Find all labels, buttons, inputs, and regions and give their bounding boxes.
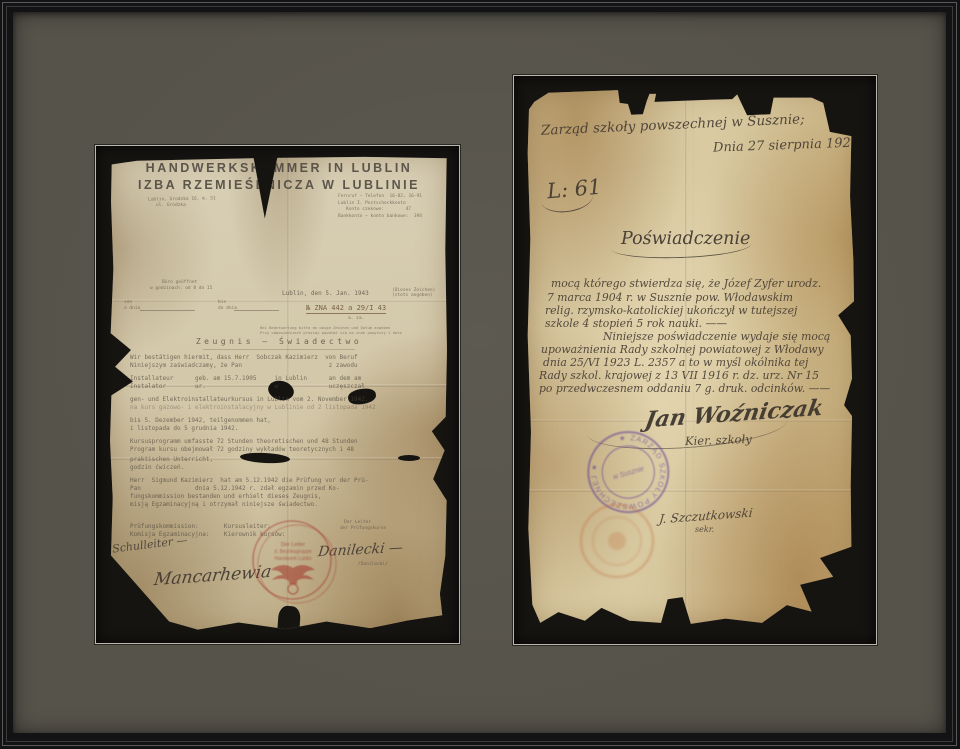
- body-line: Pan dnia 5.12.1942 r. zdał egzamin przed…: [130, 485, 376, 493]
- signature-dash: —: [122, 592, 135, 607]
- body-line: misją Egzaminacyjną i otrzymał niniejsze…: [130, 501, 376, 509]
- stamp-text: Der Leiter: [281, 542, 305, 548]
- body-line: i listopada do 5 grudnia 1942.: [130, 425, 376, 433]
- address-line: ul. Grodzka: [156, 203, 186, 209]
- body-line: Program kursu obejmował 72 godziny wykła…: [130, 446, 376, 454]
- horizontal-fold: [527, 489, 858, 492]
- body-line: na kurs gazowo- i elektroinstalacyjny w …: [130, 404, 376, 412]
- contact-line: Konto czekowe: 47: [346, 207, 411, 213]
- framed-documents-photo: HANDWERKSKAMMER IN LUBLIN IZBA RZEMIEŚLN…: [0, 0, 960, 749]
- left-doc-title-pl: IZBA RZEMIEŚLNICZA W LUBLINIE: [110, 178, 448, 192]
- school-header: Zarząd szkoły powszechnej w Susznie;: [541, 111, 805, 138]
- body-line: fungskommission bestanden und erhielt di…: [130, 493, 376, 501]
- body-line: bis 5. Dezember 1942, teilgenommen hat,: [130, 417, 376, 425]
- body-line: relig. rzymsko-katolickiej ukończył w tu…: [545, 304, 797, 317]
- faded-red-stamp: ·: [577, 501, 657, 586]
- heading-underline: ––––––––––––––––––––––––––––––––––––––––…: [110, 346, 448, 353]
- body-line: 7 marca 1904 r. w Susznie pow. Włodawski…: [547, 291, 793, 304]
- date-line: Dnia 27 sierpnia 1923.: [713, 135, 858, 155]
- stamp-text: d. Bezirksgruppe: [274, 549, 312, 555]
- body-line: po przedwczesnem oddaniu 7 g. druk. odci…: [539, 382, 830, 395]
- body-line: Herr Sigmund Kazimierz hat am 5.12.1942 …: [130, 477, 376, 485]
- eagle-icon: [271, 565, 315, 584]
- body-line: Installateur geb. am 15.7.1905 in Lublin…: [130, 375, 376, 383]
- right-mat-opening: Zarząd szkoły powszechnej w Susznie; Dni…: [513, 75, 877, 645]
- signature-right-typed: /Danilecki/: [358, 562, 388, 568]
- reply-note: Przy odpowiedziach prosimy powołać się n…: [260, 330, 402, 335]
- left-doc-title-de: HANDWERKSKAMMER IN LUBLIN: [110, 161, 448, 175]
- left-document: HANDWERKSKAMMER IN LUBLIN IZBA RZEMIEŚLN…: [110, 154, 448, 632]
- right-signer-title: der Prüfungskurse: [340, 526, 386, 532]
- stamp-center-text: ·: [616, 539, 618, 546]
- body-line: Instalator ur. w uczęszczał: [130, 383, 376, 391]
- body-line: godzin ćwiczeń.: [130, 464, 376, 472]
- office-hours: w godzinach: od 8 do 15: [150, 286, 212, 292]
- body-line: mocą którego stwierdza się, że Józef Zyf…: [551, 277, 821, 290]
- certificate-heading: Zeugnis – Świadectwo: [110, 337, 448, 346]
- right-document: Zarząd szkoły powszechnej w Susznie; Dni…: [527, 89, 858, 625]
- body-line: Niniejsze poświadczenie wydaje się mocą: [603, 330, 830, 343]
- body-line: upoważnienia Rady szkolnej powiatowej z …: [541, 343, 824, 356]
- paper-tear-slit: [398, 455, 420, 461]
- left-mat-opening: HANDWERKSKAMMER IN LUBLIN IZBA RZEMIEŚLN…: [95, 145, 460, 644]
- contact-line: Fernruf — Telefon 16-82, 16-91: [338, 194, 422, 200]
- reference-number: № ZNA 442 a 29/I 43: [306, 304, 386, 314]
- stamp-center-text: w Susznie: [612, 466, 645, 482]
- body-line: szkole 4 stopień 5 rok nauki. ——: [545, 317, 727, 330]
- body-line: dnia 25/VI 1923 L. 2357 a to w myśl okól…: [543, 356, 808, 369]
- date-note: (stets angeben): [392, 293, 433, 299]
- body-line: Kursusprogramm umfasste 72 Stunden theor…: [130, 438, 376, 446]
- body-line: Rady szkol. krajowej z 13 VII 1916 r. dz…: [539, 369, 819, 382]
- body-line: gen- und Elektroinstallateurkursus in Lu…: [130, 396, 376, 404]
- blank-line: [234, 310, 279, 311]
- reference-sub: a. za.: [348, 316, 364, 322]
- red-eagle-stamp: Der Leiter d. Bezirksgruppe Handwerk Lub…: [248, 516, 340, 613]
- body-line: praktischen Unterricht,: [130, 456, 376, 464]
- body-line: Wir bestätigen hiermit, dass Herr Sobcza…: [130, 354, 376, 362]
- office-from-label: von o dnia: [124, 300, 140, 312]
- contact-line: Bankkonto — konto bankowe: 394: [338, 214, 422, 220]
- body-line: Niniejszym zaświadczamy, że Pan z zawodu: [130, 362, 376, 370]
- stamp-text: Handwerk Lublin: [274, 556, 311, 562]
- wreath-icon: [288, 584, 298, 594]
- certificate-body: Wir bestätigen hiermit, dass Herr Sobcza…: [130, 354, 376, 539]
- mat-board: HANDWERKSKAMMER IN LUBLIN IZBA RZEMIEŚLN…: [13, 12, 946, 733]
- date-line: Lublin, den 5. Jan. 1943: [282, 290, 369, 298]
- signature-secretary-title: sekr.: [695, 525, 714, 534]
- blank-line: [140, 310, 195, 311]
- horizontal-fold: [110, 299, 448, 302]
